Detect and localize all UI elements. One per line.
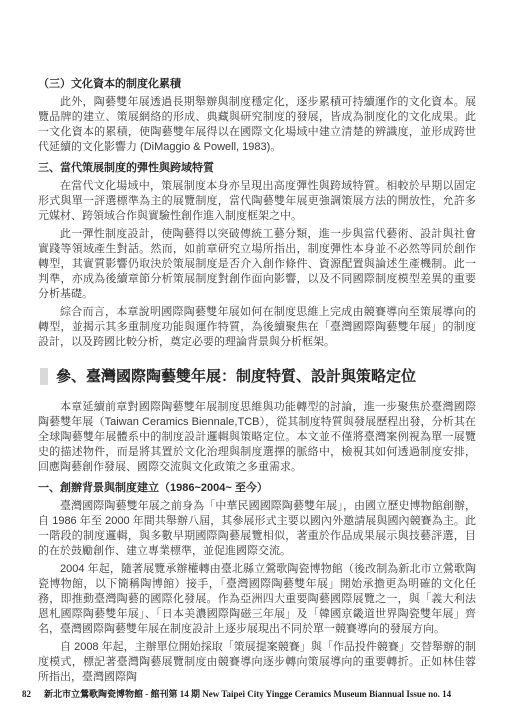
paragraph-flexibility-2: 此一彈性制度設計，使陶藝得以突破傳統工藝分類，進一步與當代藝術、設計與社會實踐等…	[38, 227, 476, 302]
subsection-heading-curatorial-flexibility: 三、當代策展制度的彈性與跨域特質	[38, 161, 476, 176]
paragraph-2004-transition: 2004 年起，隨著展覽承辦權轉由臺北縣立鶯歌陶瓷博物館（後改制為新北市立鶯歌陶…	[38, 562, 476, 637]
paragraph-section-intro: 本章延續前章對國際陶藝雙年展制度思維與功能轉型的討論，進一步聚焦於臺灣國際陶藝雙…	[38, 400, 476, 475]
subsection-heading-cultural-capital: （三）文化資本的制度化累積	[38, 77, 476, 92]
document-page: （三）文化資本的制度化累積 此外，陶藝雙年展透過長期舉辦與制度穩定化，逐步累積可…	[0, 0, 512, 724]
page-footer: 82 新北市立鶯歌陶瓷博物館 - 館刊第 14 期 New Taipei Cit…	[22, 687, 492, 700]
paragraph-2008-model: 自 2008 年起，主辦單位開始採取「策展提案競賽」與「作品投件競賽」交替舉辦的…	[38, 640, 476, 685]
section-heading-text: 參、臺灣國際陶藝雙年展：制度特質、設計與策略定位	[56, 366, 416, 387]
footer-journal-title: 新北市立鶯歌陶瓷博物館 - 館刊第 14 期 New Taipei City Y…	[44, 687, 451, 700]
page-number: 82	[22, 689, 31, 699]
paragraph-cultural-capital: 此外，陶藝雙年展透過長期舉辦與制度穩定化，逐步累積可持續運作的文化資本。展覽品牌…	[38, 95, 476, 155]
page-content: （三）文化資本的制度化累積 此外，陶藝雙年展透過長期舉辦與制度穩定化，逐步累積可…	[38, 0, 476, 685]
paragraph-chapter-summary: 綜合而言，本章說明國際陶藝雙年展如何在制度思維上完成由競賽導向至策展導向的轉型，…	[38, 305, 476, 350]
paragraph-flexibility-1: 在當代文化場域中，策展制度本身亦呈現出高度彈性與跨域特質。相較於早期以固定形式與…	[38, 179, 476, 224]
section-heading-taiwan-biennale: 參、臺灣國際陶藝雙年展：制度特質、設計與策略定位	[40, 366, 476, 387]
subsection-heading-founding-background: 一、創辦背景與制度建立（1986~2004~ 至今）	[38, 481, 476, 496]
section-marker-icon	[40, 368, 48, 385]
paragraph-founding-history: 臺灣國際陶藝雙年展之前身為「中華民國國際陶藝雙年展」，由國立歷史博物館創辦，自 …	[38, 499, 476, 559]
